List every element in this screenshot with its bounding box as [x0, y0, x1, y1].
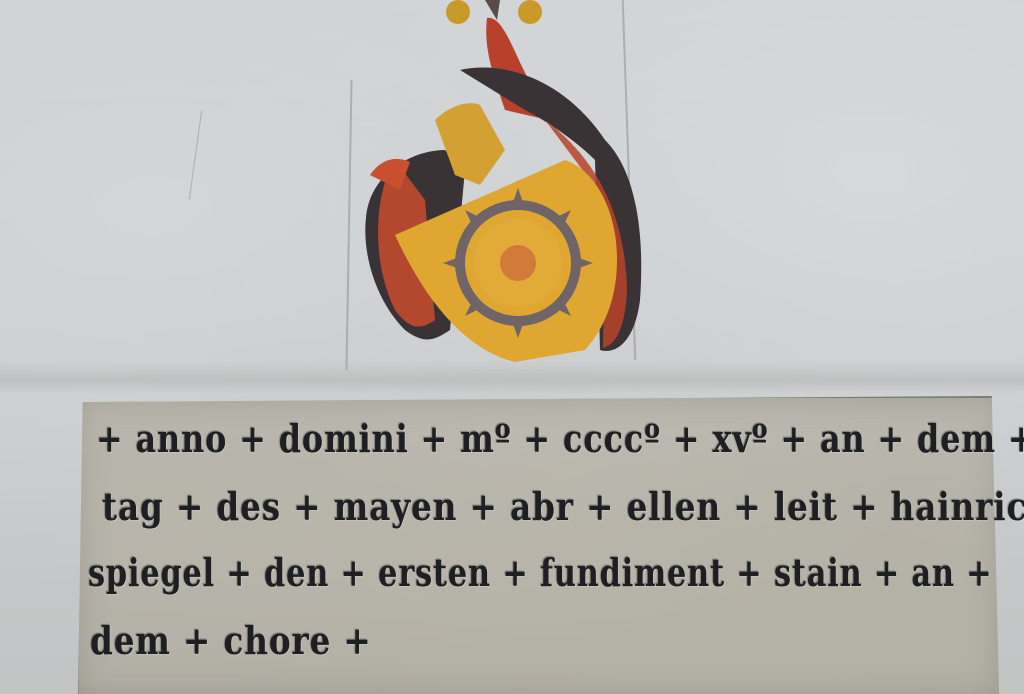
inscription-line-4: dem + chore + [90, 618, 372, 663]
crest-knob-right [518, 0, 542, 24]
coat-of-arms [355, 0, 655, 370]
inscription-line-2: tag + des + mayen + abr + ellen + leit +… [102, 484, 1024, 529]
crest-stem [485, 0, 500, 20]
wheel-boss [500, 245, 536, 281]
crest-knob-left [446, 0, 470, 24]
inscription-line-1: + anno + domini + mº + ccccº + xvº + an … [96, 416, 1024, 461]
inscription-line-3: spiegel + den + ersten + fundiment + sta… [88, 550, 993, 595]
